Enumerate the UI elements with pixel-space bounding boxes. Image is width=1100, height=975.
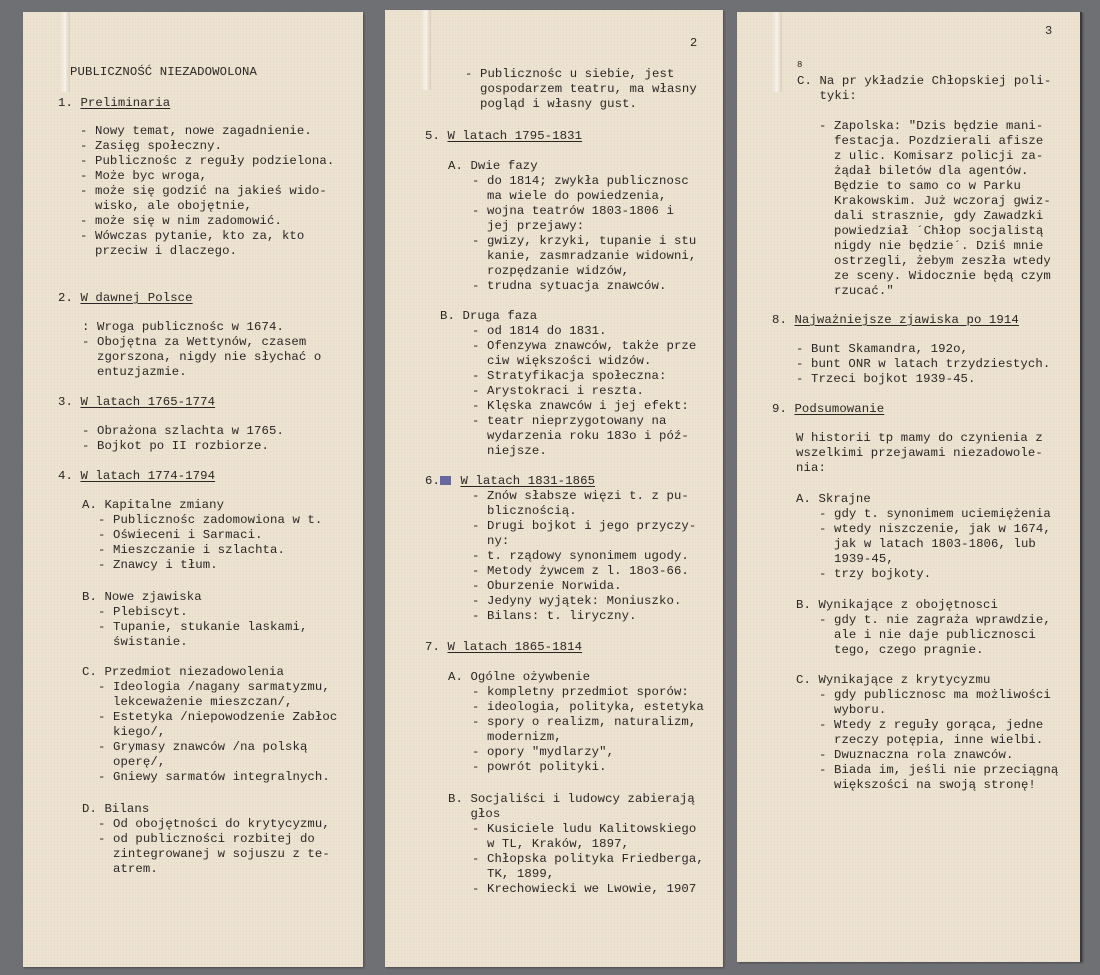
list-item: - Biada im, jeśli nie przeciągną xyxy=(819,763,1058,778)
list-item: kanie, zasmradzanie widowni, xyxy=(472,249,696,264)
list-item: większości na swoją stronę! xyxy=(819,778,1036,793)
list-item: - Plebiscyt. xyxy=(98,605,188,620)
list-item: - Bunt Skamandra, 192o, xyxy=(796,342,968,357)
list-item: - wtedy niszczenie, jak w 1674, xyxy=(819,522,1051,537)
list-item: - do 1814; zwykła publicznosc xyxy=(472,174,689,189)
list-item: - może się godzić na jakieś wido- xyxy=(80,184,327,199)
list-item: - trudna sytuacja znawców. xyxy=(472,279,666,294)
page-1: PUBLICZNOŚĆ NIEZADOWOLONA 1. Preliminari… xyxy=(23,12,363,967)
list-item: zintegrowanej w sojuszu z te- xyxy=(98,847,330,862)
list-item: ciw większości widzów. xyxy=(472,354,652,369)
list-item: - Kusiciele ludu Kalitowskiego xyxy=(472,822,696,837)
list-item: - Bojkot po II rozbiorze. xyxy=(82,439,269,454)
list-item: - gwizy, krzyki, tupanie i stu xyxy=(472,234,696,249)
list-item: rozpędzanie widzów, xyxy=(472,264,629,279)
list-item: jej przejawy: xyxy=(472,219,584,234)
paragraph-line: nia: xyxy=(796,461,826,476)
list-item: operę/, xyxy=(98,755,165,770)
list-item: - Drugi bojkot i jego przyczy- xyxy=(472,519,696,534)
list-item: entuzjazmie. xyxy=(82,365,187,380)
subsection-9c-heading: C. Wynikające z krytycyzmu xyxy=(796,673,990,688)
section-heading-7: 7. W latach 1865-1814 xyxy=(425,640,582,655)
list-item: ostrzegli, żebym zeszła wtedy xyxy=(819,254,1051,269)
list-item: blicznością. xyxy=(472,504,577,519)
list-item: - gdy t. nie zagraża wprawdzie, xyxy=(819,613,1051,628)
list-item: - Oburzenie Norwida. xyxy=(472,579,622,594)
page-2: 2 - Publicznośc u siebie, jest gospodarz… xyxy=(385,10,723,967)
list-item: tego, czego pragnie. xyxy=(819,643,984,658)
list-item: - Nowy temat, nowe zagadnienie. xyxy=(80,124,312,139)
list-item: - Zasięg społeczny. xyxy=(80,139,222,154)
list-item: - Krechowiecki we Lwowie, 1907 xyxy=(472,882,696,897)
list-item: powiedział ´Chłop socjalistą xyxy=(819,224,1043,239)
list-item: - Wówczas pytanie, kto za, kto xyxy=(80,229,304,244)
page-number: 2 xyxy=(690,36,697,50)
list-item: wyboru. xyxy=(819,703,886,718)
section-heading-6: 6. W latach 1831-1865 xyxy=(425,474,595,489)
list-item: gospodarzem teatru, ma własny xyxy=(465,82,697,97)
list-item: - od 1814 do 1831. xyxy=(472,324,607,339)
list-item: nigdy nie będzie´. Dziś mnie xyxy=(819,239,1043,254)
document-title: PUBLICZNOŚĆ NIEZADOWOLONA xyxy=(70,65,257,80)
paragraph-line: W historii tp mamy do czynienia z xyxy=(796,431,1043,446)
section-heading-8: 8. Najważniejsze zjawiska po 1914 xyxy=(772,313,1019,328)
list-item: modernizm, xyxy=(472,730,562,745)
list-item: ze sceny. Widocznie będą czym xyxy=(819,269,1051,284)
list-item: żądał biletów dla agentów. xyxy=(819,164,1028,179)
subsection-7b-heading: B. Socjaliści i ludowcy zabierają xyxy=(448,792,695,807)
subsection-5a-heading: A. Dwie fazy xyxy=(448,159,538,174)
list-item: - bunt ONR w latach trzydziestych. xyxy=(796,357,1050,372)
list-item: pogląd i własny gust. xyxy=(465,97,637,112)
list-item: kiego/, xyxy=(98,725,165,740)
list-item: - Ofenzywa znawców, także prze xyxy=(472,339,696,354)
list-item: ma wiele do powiedzenia, xyxy=(472,189,666,204)
list-item: festacja. Pozdzierali afisze xyxy=(819,134,1043,149)
subsection-4d-heading: D. Bilans xyxy=(82,802,149,817)
list-item: - spory o realizm, naturalizm, xyxy=(472,715,696,730)
subsection-4c-heading: C. Przedmiot niezadowolenia xyxy=(82,665,284,680)
subsection-7a-heading: A. Ogólne ożywbenie xyxy=(448,670,590,685)
ink-correction-mark xyxy=(440,476,451,485)
section-heading-4: 4. W latach 1774-1794 xyxy=(58,469,215,484)
section-heading-5: 5. W latach 1795-1831 xyxy=(425,129,582,144)
list-item: świstanie. xyxy=(98,635,188,650)
subsection-4b-heading: B. Nowe zjawiska xyxy=(82,590,202,605)
list-item: - Ideologia /nagany sarmatyzmu, xyxy=(98,680,330,695)
section-heading-1: 1. Preliminaria xyxy=(58,96,170,111)
list-item: - Mieszczanie i szlachta. xyxy=(98,543,285,558)
list-item: : Wroga publicznośc w 1674. xyxy=(82,320,284,335)
list-item: - gdy publicznosc ma możliwości xyxy=(819,688,1051,703)
paragraph-line: wszelkimi przejawami niezadowole- xyxy=(796,446,1043,461)
list-item: - Obojętna za Wettynów, czasem xyxy=(82,335,306,350)
list-item: - Jedyny wyjątek: Moniuszko. xyxy=(472,594,681,609)
list-item: rzeczy potępia, inne wielbi. xyxy=(819,733,1043,748)
list-item: - Znawcy i tłum. xyxy=(98,558,218,573)
list-item: - Publicznośc zadomowiona w t. xyxy=(98,513,322,528)
list-item: TK, 1899, xyxy=(472,867,554,882)
list-item: zgorszona, nigdy nie słychać o xyxy=(82,350,321,365)
list-item: - kompletny przedmiot sporów: xyxy=(472,685,689,700)
list-item: Będzie to samo co w Parku xyxy=(819,179,1021,194)
page-3: 3 8 C. Na pr ykładzie Chłopskiej poli- t… xyxy=(737,12,1082,962)
list-item: - t. rządowy synonimem ugody. xyxy=(472,549,689,564)
list-item: - Stratyfikacja społeczna: xyxy=(472,369,666,384)
list-item: ny: xyxy=(472,534,509,549)
list-item: - teatr nieprzygotowany na xyxy=(472,414,666,429)
list-item: rzucać." xyxy=(819,284,894,299)
page-number: 3 xyxy=(1045,24,1052,38)
list-item: - powrót polityki. xyxy=(472,760,607,775)
list-item: wydarzenia roku 183o i póź- xyxy=(472,429,689,444)
list-item: - Trzeci bojkot 1939-45. xyxy=(796,372,976,387)
list-item: - Estetyka /niepowodzenie Zabłoc xyxy=(98,710,337,725)
list-item: - Tupanie, stukanie laskami, xyxy=(98,620,307,635)
list-item: - Dwuznaczna rola znawców. xyxy=(819,748,1013,763)
list-item: - ideologia, polityka, estetyka xyxy=(472,700,704,715)
list-item: wisko, ale obojętnie, xyxy=(80,199,252,214)
list-item: - Bilans: t. liryczny. xyxy=(472,609,637,624)
subsection-4a-heading: A. Kapitalne zmiany xyxy=(82,498,224,513)
subsection-9b-heading: B. Wynikające z obojętnosci xyxy=(796,598,998,613)
list-item: - Gniewy sarmatów integralnych. xyxy=(98,770,330,785)
list-item: ale i nie daje publicznosci xyxy=(819,628,1036,643)
list-item: - od publiczności rozbitej do xyxy=(98,832,315,847)
list-item: - Może byc wroga, xyxy=(80,169,207,184)
subsection-7c-heading-cont: tyki: xyxy=(797,89,857,104)
subsection-7b-heading-cont: głos xyxy=(448,807,500,822)
list-item: - Chłopska polityka Friedberga, xyxy=(472,852,704,867)
list-item: - może się w nim zadomowić. xyxy=(80,214,282,229)
list-item: - Klęska znawców i jej efekt: xyxy=(472,399,689,414)
list-item: - Wtedy z reguły gorąca, jedne xyxy=(819,718,1043,733)
list-item: przeciw i dlaczego. xyxy=(80,244,237,259)
list-item: - Grymasy znawców /na polską xyxy=(98,740,307,755)
section-heading-3: 3. W latach 1765-1774 xyxy=(58,395,215,410)
list-item: Krakowskim. Już wczoraj gwiz- xyxy=(819,194,1051,209)
section-heading-9: 9. Podsumowanie xyxy=(772,402,884,417)
list-item: - Obrażona szlachta w 1765. xyxy=(82,424,284,439)
list-item: - Znów słabsze więzi t. z pu- xyxy=(472,489,689,504)
list-item: lekceważenie mieszczan/, xyxy=(98,695,292,710)
list-item: atrem. xyxy=(98,862,158,877)
list-item: dali strasznie, gdy Zawadzki xyxy=(819,209,1043,224)
subsection-5b-heading: B. Druga faza xyxy=(440,309,537,324)
list-item: - gdy t. synonimem uciemiężenia xyxy=(819,507,1051,522)
list-item: - Publicznośc u siebie, jest xyxy=(465,67,674,82)
subsection-7c-heading: C. Na pr ykładzie Chłopskiej poli- xyxy=(797,74,1051,89)
list-item: z ulic. Komisarz policji za- xyxy=(819,149,1043,164)
list-item: - Oświeceni i Sarmaci. xyxy=(98,528,263,543)
list-item: - Publicznośc z reguły podzielona. xyxy=(80,154,334,169)
list-item: - Metody żywcem z l. 18o3-66. xyxy=(472,564,689,579)
list-item: 1939-45, xyxy=(819,552,894,567)
subsection-9a-heading: A. Skrajne xyxy=(796,492,871,507)
list-item: w TL, Kraków, 1897, xyxy=(472,837,629,852)
list-item: jak w latach 1803-1806, lub xyxy=(819,537,1036,552)
list-item: niejsze. xyxy=(472,444,547,459)
list-item: - Od obojętności do krytycyzmu, xyxy=(98,817,330,832)
list-item: - Zapolska: "Dzis będzie mani- xyxy=(819,119,1043,134)
list-item: - trzy bojkoty. xyxy=(819,567,931,582)
stray-typed-mark: 8 xyxy=(797,58,803,73)
list-item: - Arystokraci i reszta. xyxy=(472,384,644,399)
list-item: - wojna teatrów 1803-1806 i xyxy=(472,204,674,219)
list-item: - opory "mydlarzy", xyxy=(472,745,614,760)
section-heading-2: 2. W dawnej Polsce xyxy=(58,291,193,306)
